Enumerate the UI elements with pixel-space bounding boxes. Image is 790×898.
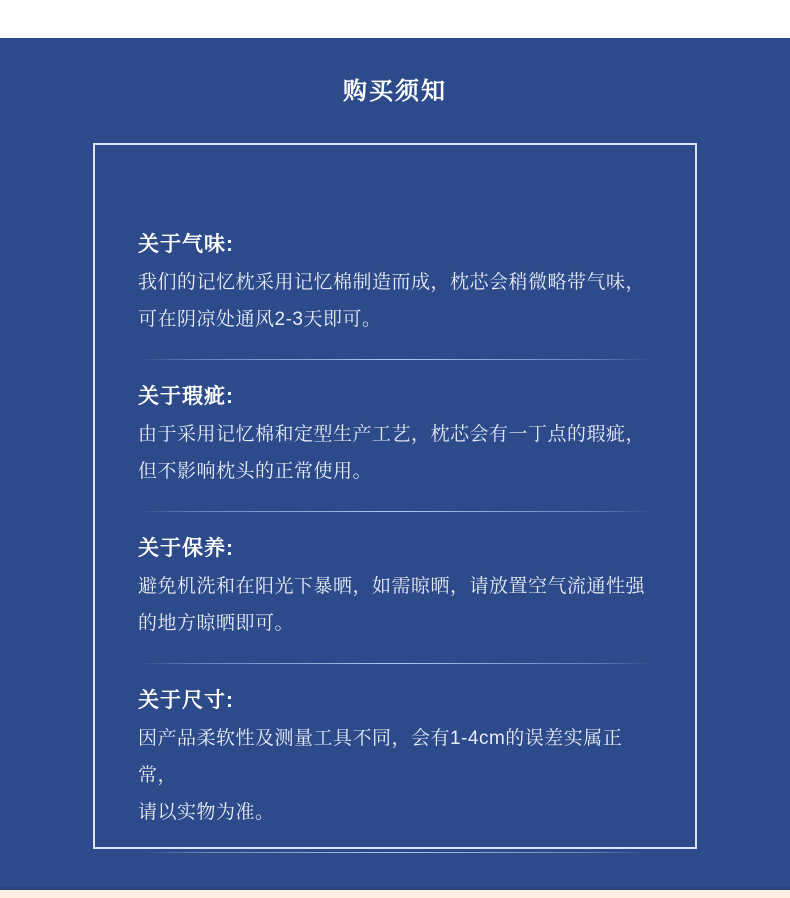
section-body: 因产品柔软性及测量工具不同，会有1-4cm的误差实属正常， 请以实物为准。 [138, 720, 652, 831]
notice-section-care: 关于保养: 避免机洗和在阳光下暴晒，如需晾晒，请放置空气流通性强 的地方晾晒即可… [138, 537, 652, 642]
section-body: 我们的记忆枕采用记忆棉制造而成，枕芯会稍微略带气味， 可在阴凉处通风2-3天即可… [138, 264, 652, 338]
top-white-strip [0, 0, 790, 38]
section-heading: 关于尺寸: [138, 689, 652, 713]
section-body: 由于采用记忆棉和定型生产工艺，枕芯会有一丁点的瑕疵， 但不影响枕头的正常使用。 [138, 416, 652, 490]
notice-section-odor: 关于气味: 我们的记忆枕采用记忆棉制造而成，枕芯会稍微略带气味， 可在阴凉处通风… [138, 233, 652, 338]
section-body: 避免机洗和在阳光下暴晒，如需晾晒，请放置空气流通性强 的地方晾晒即可。 [138, 568, 652, 642]
page-title: 购买须知 [343, 71, 447, 106]
section-divider [138, 511, 652, 512]
purchase-notes-panel: 购买须知 关于气味: 我们的记忆枕采用记忆棉制造而成，枕芯会稍微略带气味， 可在… [0, 38, 790, 887]
bottom-peach-strip [0, 890, 790, 898]
section-heading: 关于瑕疵: [138, 385, 652, 409]
notice-section-size: 关于尺寸: 因产品柔软性及测量工具不同，会有1-4cm的误差实属正常， 请以实物… [138, 689, 652, 831]
section-divider [138, 359, 652, 360]
section-divider [138, 852, 652, 853]
section-heading: 关于气味: [138, 233, 652, 257]
notice-section-flaws: 关于瑕疵: 由于采用记忆棉和定型生产工艺，枕芯会有一丁点的瑕疵， 但不影响枕头的… [138, 385, 652, 490]
section-divider [138, 663, 652, 664]
section-heading: 关于保养: [138, 537, 652, 561]
notice-box: 关于气味: 我们的记忆枕采用记忆棉制造而成，枕芯会稍微略带气味， 可在阴凉处通风… [93, 143, 697, 849]
